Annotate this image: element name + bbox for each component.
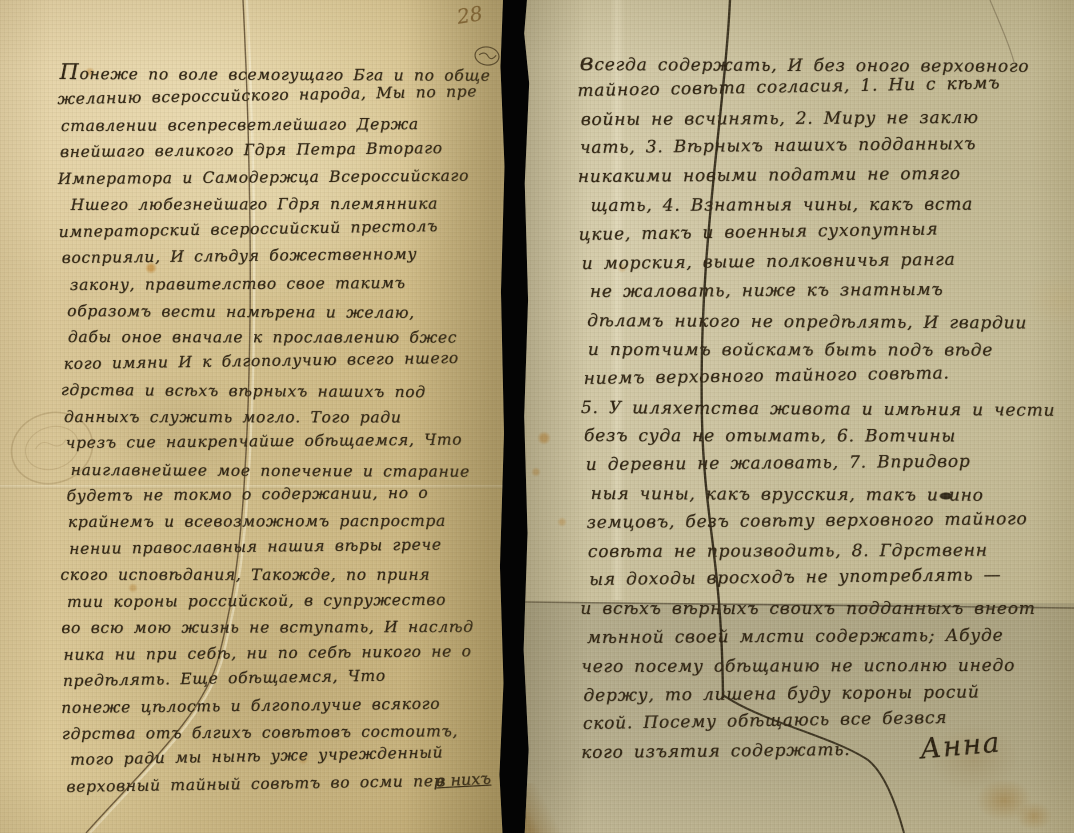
manuscript-line: земцовъ, безъ совѣту верховного тайного: [586, 505, 1060, 538]
manuscript-line: дѣламъ никого не опредѣлять, И гвардии: [587, 307, 1061, 338]
manuscript-line: закону, правителство свое такимъ: [70, 269, 505, 298]
manuscript-line: никакими новыми податми не отяго: [578, 159, 1052, 192]
manuscript-photo: Понеже по воле всемогущаго Бга и по обще…: [0, 0, 1074, 833]
manuscript-line: гдрства и всѣхъ вѣрныхъ нашихъ под: [61, 377, 499, 406]
signature: Анна: [919, 726, 1002, 766]
page-number: 28: [455, 1, 484, 29]
manuscript-line: 5. У шляхетства живота и имѣния и чести: [581, 394, 1055, 426]
corner-stain: [522, 783, 602, 833]
manuscript-line: и всѣхъ вѣрныхъ своихъ подданныхъ внеот: [580, 595, 1054, 624]
manuscript-line: кого имяни И к блгополучию всего ншего: [63, 344, 501, 377]
manuscript-line: Императора и Самодержца Всероссийскаго: [58, 162, 496, 192]
right-page-lines: всегда содержать, И без оного верховного…: [584, 48, 1058, 768]
manuscript-line: чать, 3. Вѣрныхъ нашихъ подданныхъ: [580, 130, 1054, 164]
manuscript-line: чего посему обѣщанию не исполню инедо: [581, 651, 1055, 681]
manuscript-line: во всю мою жизнь не вступать, И наслѣд: [61, 614, 499, 642]
manuscript-line: будетъ не токмо о содержании, но о: [66, 479, 504, 509]
catchword: в нихъ: [436, 769, 492, 791]
left-page: Понеже по воле всемогущаго Бга и по обще…: [0, 0, 505, 833]
manuscript-line: тии короны российской, в супружество: [67, 586, 505, 615]
manuscript-line: ыя доходы вросходъ не употреблять —: [589, 561, 1063, 595]
right-page: всегда содержать, И без оного верховного…: [522, 0, 1074, 833]
manuscript-line: понеже цѣлость и блгополучие всякого: [61, 690, 499, 721]
manuscript-line: нении православныя нашия вѣры грече: [69, 531, 505, 563]
manuscript-line: восприяли, И слѣдуя божественному: [62, 240, 500, 271]
manuscript-line: внейшаго великого Гдря Петра Втораго: [60, 135, 498, 166]
manuscript-line: не жаловать, ниже къ знатнымъ: [590, 276, 1064, 308]
manuscript-line: ского исповѣдания, Такожде, по приня: [60, 562, 498, 589]
manuscript-line: образомъ вести намѣрена и желаю,: [67, 298, 505, 327]
manuscript-line: мѣнной своей млсти содержать; Абуде: [587, 621, 1061, 652]
manuscript-line: чрезъ сие наикрепчайше обѣщаемся, Что: [66, 426, 504, 456]
left-page-lines: Понеже по воле всемогущаго Бга и по обще…: [64, 60, 502, 800]
manuscript-line: и морския, выше полковничья ранга: [582, 244, 1056, 278]
manuscript-line: и деревни не жаловать, 7. Впридвор: [586, 447, 1060, 480]
